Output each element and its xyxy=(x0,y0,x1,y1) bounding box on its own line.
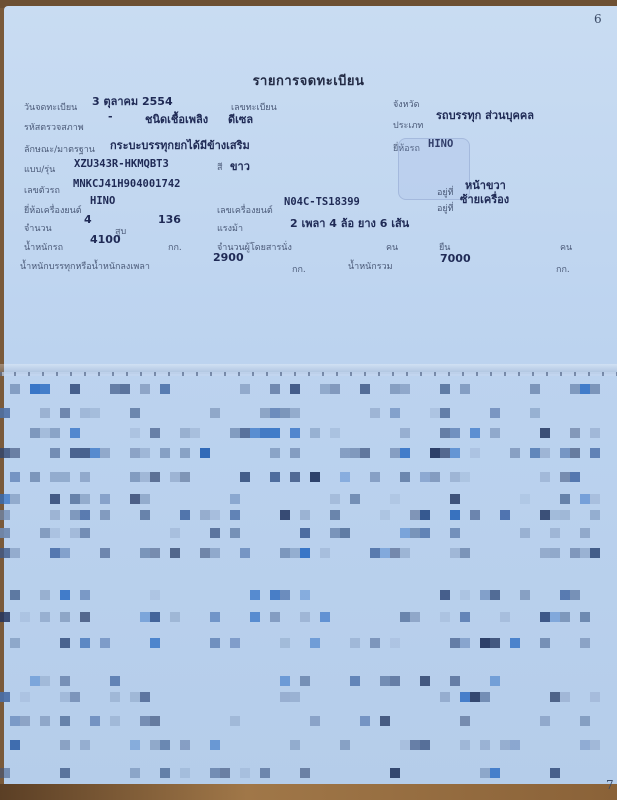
chassis-number-label: เลขตัวรถ xyxy=(24,183,60,197)
mosaic-block xyxy=(80,494,90,504)
characteristic-label: ลักษณะ/มาตรฐาน xyxy=(24,142,95,156)
mosaic-block xyxy=(210,740,220,750)
mosaic-block xyxy=(450,638,460,648)
mosaic-block xyxy=(570,448,580,458)
mosaic-block xyxy=(30,676,40,686)
mosaic-block xyxy=(0,768,10,778)
mosaic-block xyxy=(550,510,560,520)
engine-location: ซ้ายเครื่อง xyxy=(460,190,509,208)
vehicle-weight-unit: กก. xyxy=(168,240,182,254)
mosaic-block xyxy=(60,768,70,778)
mosaic-block xyxy=(310,638,320,648)
mosaic-block xyxy=(560,612,570,622)
mosaic-block xyxy=(240,768,250,778)
mosaic-block xyxy=(290,384,300,394)
mosaic-block xyxy=(350,638,360,648)
mosaic-block xyxy=(470,692,480,702)
mosaic-block xyxy=(110,716,120,726)
mosaic-block xyxy=(50,494,60,504)
mosaic-block xyxy=(60,692,70,702)
mosaic-block xyxy=(170,472,180,482)
mosaic-block xyxy=(400,428,410,438)
mosaic-block xyxy=(210,548,220,558)
mosaic-block xyxy=(140,612,150,622)
mosaic-block xyxy=(380,548,390,558)
mosaic-block xyxy=(510,740,520,750)
mosaic-block xyxy=(580,638,590,648)
mosaic-block xyxy=(60,548,70,558)
characteristic: กระบะบรรทุกยกได้มีข้างเสริม xyxy=(110,136,250,154)
mosaic-block xyxy=(100,548,110,558)
mosaic-block xyxy=(400,472,410,482)
mosaic-block xyxy=(80,612,90,622)
mosaic-block xyxy=(10,384,20,394)
vehicle-weight-label: น้ำหนักรถ xyxy=(24,240,63,254)
mosaic-block xyxy=(50,472,60,482)
mosaic-block xyxy=(360,384,370,394)
mosaic-block xyxy=(560,494,570,504)
mosaic-block xyxy=(360,716,370,726)
mosaic-block xyxy=(440,692,450,702)
mosaic-block xyxy=(140,716,150,726)
cylinders: 4 xyxy=(84,213,92,226)
mosaic-block xyxy=(370,408,380,418)
mosaic-block xyxy=(210,768,220,778)
mosaic-block xyxy=(430,408,440,418)
mosaic-block xyxy=(500,612,510,622)
mosaic-block xyxy=(160,384,170,394)
mosaic-block xyxy=(370,638,380,648)
mosaic-block xyxy=(590,510,600,520)
mosaic-block xyxy=(390,494,400,504)
mosaic-block xyxy=(290,408,300,418)
mosaic-block xyxy=(440,428,450,438)
horsepower-label: แรงม้า xyxy=(217,221,243,235)
mosaic-block xyxy=(280,510,290,520)
mosaic-block xyxy=(390,448,400,458)
mosaic-block xyxy=(60,408,70,418)
mosaic-block xyxy=(460,472,470,482)
mosaic-block xyxy=(130,428,140,438)
mosaic-block xyxy=(70,528,80,538)
mosaic-block xyxy=(210,638,220,648)
mosaic-block xyxy=(400,448,410,458)
mosaic-block xyxy=(140,510,150,520)
mosaic-block xyxy=(530,448,540,458)
mosaic-block xyxy=(140,548,150,558)
mosaic-block xyxy=(260,408,270,418)
mosaic-block xyxy=(410,528,420,538)
mosaic-block xyxy=(110,676,120,686)
mosaic-block xyxy=(120,384,130,394)
mosaic-block xyxy=(400,384,410,394)
mosaic-block xyxy=(40,612,50,622)
mosaic-block xyxy=(430,472,440,482)
payload: 2900 xyxy=(213,251,244,264)
mosaic-block xyxy=(200,548,210,558)
mosaic-block xyxy=(230,494,240,504)
model-label: แบบ/รุ่น xyxy=(24,162,55,176)
mosaic-block xyxy=(230,428,240,438)
mosaic-block xyxy=(10,590,20,600)
mosaic-block xyxy=(140,472,150,482)
mosaic-block xyxy=(410,612,420,622)
mosaic-block xyxy=(470,448,480,458)
mosaic-block xyxy=(480,590,490,600)
province-label: จังหวัด xyxy=(393,97,420,111)
mosaic-block xyxy=(110,384,120,394)
mosaic-block xyxy=(450,548,460,558)
mosaic-block xyxy=(560,448,570,458)
mosaic-block xyxy=(450,448,460,458)
mosaic-block xyxy=(40,716,50,726)
mosaic-block xyxy=(150,740,160,750)
mosaic-block xyxy=(450,494,460,504)
mosaic-block xyxy=(100,638,110,648)
mosaic-block xyxy=(390,768,400,778)
mosaic-block xyxy=(420,510,430,520)
mosaic-block xyxy=(290,448,300,458)
mosaic-block xyxy=(480,638,490,648)
payload-unit: กก. xyxy=(292,262,306,276)
mosaic-block xyxy=(350,448,360,458)
mosaic-block xyxy=(180,510,190,520)
mosaic-block xyxy=(150,428,160,438)
mosaic-block xyxy=(430,448,440,458)
mosaic-block xyxy=(130,740,140,750)
mosaic-block xyxy=(540,638,550,648)
mosaic-block xyxy=(310,716,320,726)
mosaic-block xyxy=(180,768,190,778)
mosaic-block xyxy=(60,638,70,648)
mosaic-block xyxy=(520,494,530,504)
mosaic-block xyxy=(270,448,280,458)
mosaic-block xyxy=(590,692,600,702)
mosaic-block xyxy=(80,510,90,520)
mosaic-block xyxy=(340,448,350,458)
mosaic-block xyxy=(580,548,590,558)
mosaic-block xyxy=(70,448,80,458)
mosaic-block xyxy=(380,716,390,726)
horsepower: 136 xyxy=(158,213,181,226)
mosaic-block xyxy=(300,768,310,778)
page-number-top: 6 xyxy=(594,12,602,26)
mosaic-block xyxy=(330,384,340,394)
mosaic-block xyxy=(570,472,580,482)
mosaic-block xyxy=(490,590,500,600)
mosaic-block xyxy=(580,612,590,622)
mosaic-block xyxy=(50,510,60,520)
mosaic-block xyxy=(560,472,570,482)
mosaic-block xyxy=(370,548,380,558)
mosaic-block xyxy=(30,472,40,482)
mosaic-block xyxy=(460,692,470,702)
mosaic-block xyxy=(460,384,470,394)
mosaic-block xyxy=(290,548,300,558)
mosaic-block xyxy=(150,590,160,600)
mosaic-block xyxy=(450,510,460,520)
mosaic-block xyxy=(150,548,160,558)
mosaic-block xyxy=(270,472,280,482)
mosaic-block xyxy=(540,448,550,458)
mosaic-block xyxy=(60,740,70,750)
mosaic-block xyxy=(60,590,70,600)
mosaic-block xyxy=(300,590,310,600)
mosaic-block xyxy=(230,510,240,520)
mosaic-block xyxy=(280,676,290,686)
mosaic-block xyxy=(250,428,260,438)
mosaic-block xyxy=(420,472,430,482)
mosaic-block xyxy=(340,528,350,538)
mosaic-block xyxy=(70,494,80,504)
mosaic-block xyxy=(50,428,60,438)
mosaic-block xyxy=(60,676,70,686)
mosaic-block xyxy=(510,448,520,458)
mosaic-block xyxy=(250,612,260,622)
inspection-code: - xyxy=(108,110,113,123)
mosaic-block xyxy=(340,472,350,482)
mosaic-block xyxy=(230,528,240,538)
mosaic-block xyxy=(140,692,150,702)
mosaic-block xyxy=(0,612,10,622)
mosaic-block xyxy=(40,428,50,438)
mosaic-block xyxy=(40,528,50,538)
mosaic-block xyxy=(170,548,180,558)
mosaic-block xyxy=(540,428,550,438)
mosaic-block xyxy=(240,384,250,394)
mosaic-block xyxy=(80,638,90,648)
mosaic-block xyxy=(180,472,190,482)
mosaic-block xyxy=(400,548,410,558)
mosaic-block xyxy=(130,408,140,418)
mosaic-block xyxy=(580,716,590,726)
mosaic-block xyxy=(290,472,300,482)
page-number-bottom: 7 xyxy=(606,778,614,792)
mosaic-block xyxy=(420,740,430,750)
axles-wheels: 2 เพลา 4 ล้อ ยาง 6 เส้น xyxy=(290,214,409,232)
mosaic-block xyxy=(210,510,220,520)
mosaic-block xyxy=(70,692,80,702)
mosaic-block xyxy=(10,494,20,504)
engine-brand-label: ยี่ห้อเครื่องยนต์ xyxy=(24,203,82,217)
mosaic-block xyxy=(180,428,190,438)
mosaic-block xyxy=(250,590,260,600)
vehicle-weight: 4100 xyxy=(90,233,121,246)
mosaic-block xyxy=(210,612,220,622)
mosaic-block xyxy=(170,612,180,622)
mosaic-block xyxy=(10,638,20,648)
mosaic-block xyxy=(10,472,20,482)
mosaic-block xyxy=(300,528,310,538)
mosaic-block xyxy=(480,768,490,778)
mosaic-block xyxy=(270,384,280,394)
mosaic-block xyxy=(410,740,420,750)
mosaic-block xyxy=(550,612,560,622)
mosaic-block xyxy=(150,612,160,622)
mosaic-block xyxy=(480,740,490,750)
mosaic-block xyxy=(50,548,60,558)
mosaic-block xyxy=(220,768,230,778)
mosaic-block xyxy=(450,676,460,686)
mosaic-block xyxy=(460,716,470,726)
mosaic-block xyxy=(80,528,90,538)
engine-location-label: อยู่ที่ xyxy=(437,201,454,215)
mosaic-block xyxy=(270,590,280,600)
mosaic-block xyxy=(260,768,270,778)
mosaic-block xyxy=(560,590,570,600)
mosaic-block xyxy=(290,740,300,750)
mosaic-block xyxy=(570,428,580,438)
mosaic-block xyxy=(390,638,400,648)
mosaic-block xyxy=(500,740,510,750)
chassis-number: MNKCJ41H904001742 xyxy=(73,178,180,190)
mosaic-block xyxy=(440,590,450,600)
gross-weight: 7000 xyxy=(440,252,471,265)
mosaic-block xyxy=(320,612,330,622)
mosaic-block xyxy=(520,590,530,600)
mosaic-block xyxy=(480,692,490,702)
mosaic-block xyxy=(490,428,500,438)
mosaic-block xyxy=(290,692,300,702)
mosaic-block xyxy=(70,384,80,394)
mosaic-block xyxy=(390,548,400,558)
mosaic-block xyxy=(310,472,320,482)
mosaic-block xyxy=(200,510,210,520)
mosaic-block xyxy=(10,548,20,558)
mosaic-block xyxy=(470,428,480,438)
mosaic-block xyxy=(100,494,110,504)
mosaic-block xyxy=(60,612,70,622)
redacted-section xyxy=(0,376,617,784)
mosaic-block xyxy=(80,740,90,750)
mosaic-block xyxy=(300,676,310,686)
mosaic-block xyxy=(400,740,410,750)
mosaic-block xyxy=(500,510,510,520)
mosaic-block xyxy=(390,676,400,686)
mosaic-block xyxy=(460,740,470,750)
mosaic-block xyxy=(580,494,590,504)
mosaic-block xyxy=(460,638,470,648)
mosaic-block xyxy=(60,716,70,726)
vehicle-type-label: ประเภท xyxy=(393,118,423,132)
mosaic-block xyxy=(230,716,240,726)
mosaic-block xyxy=(320,384,330,394)
mosaic-block xyxy=(130,768,140,778)
mosaic-block xyxy=(180,448,190,458)
mosaic-block xyxy=(310,428,320,438)
mosaic-block xyxy=(440,612,450,622)
mosaic-block xyxy=(460,590,470,600)
mosaic-block xyxy=(90,448,100,458)
fuel-type-label: ชนิดเชื้อเพลิง xyxy=(145,110,208,128)
mosaic-block xyxy=(20,612,30,622)
mosaic-block xyxy=(270,612,280,622)
mosaic-block xyxy=(440,384,450,394)
mosaic-block xyxy=(300,548,310,558)
mosaic-block xyxy=(240,472,250,482)
table-surface xyxy=(0,784,617,800)
mosaic-block xyxy=(160,740,170,750)
mosaic-block xyxy=(490,638,500,648)
mosaic-block xyxy=(130,448,140,458)
mosaic-block xyxy=(360,448,370,458)
mosaic-block xyxy=(550,548,560,558)
color-label: สี xyxy=(217,160,223,174)
mosaic-block xyxy=(90,408,100,418)
mosaic-block xyxy=(590,428,600,438)
fuel-type: ดีเซล xyxy=(228,110,253,128)
mosaic-block xyxy=(60,472,70,482)
mosaic-block xyxy=(230,638,240,648)
mosaic-block xyxy=(540,716,550,726)
mosaic-block xyxy=(70,428,80,438)
mosaic-block xyxy=(130,692,140,702)
mosaic-block xyxy=(20,716,30,726)
mosaic-block xyxy=(150,638,160,648)
registration-date: 3 ตุลาคม 2554 xyxy=(92,92,173,110)
mosaic-block xyxy=(560,692,570,702)
mosaic-block xyxy=(420,676,430,686)
mosaic-block xyxy=(40,676,50,686)
mosaic-block xyxy=(40,408,50,418)
registration-date-label: วันจดทะเบียน xyxy=(24,100,77,114)
mosaic-block xyxy=(280,548,290,558)
mosaic-block xyxy=(330,510,340,520)
mosaic-block xyxy=(130,494,140,504)
mosaic-block xyxy=(280,590,290,600)
mosaic-block xyxy=(580,740,590,750)
mosaic-block xyxy=(140,448,150,458)
mosaic-block xyxy=(570,590,580,600)
mosaic-block xyxy=(400,612,410,622)
mosaic-block xyxy=(50,448,60,458)
mosaic-block xyxy=(100,448,110,458)
mosaic-block xyxy=(550,768,560,778)
mosaic-block xyxy=(80,590,90,600)
mosaic-block xyxy=(580,528,590,538)
mosaic-block xyxy=(0,494,10,504)
mosaic-block xyxy=(130,472,140,482)
mosaic-block xyxy=(490,768,500,778)
mosaic-block xyxy=(260,428,270,438)
mosaic-block xyxy=(160,768,170,778)
mosaic-block xyxy=(590,548,600,558)
inspection-code-label: รหัสตรวจสภาพ xyxy=(24,120,84,134)
mosaic-block xyxy=(550,528,560,538)
mosaic-block xyxy=(380,676,390,686)
mosaic-block xyxy=(70,510,80,520)
mosaic-block xyxy=(0,510,10,520)
mosaic-block xyxy=(330,428,340,438)
mosaic-block xyxy=(590,384,600,394)
mosaic-block xyxy=(320,548,330,558)
mosaic-block xyxy=(460,612,470,622)
mosaic-block xyxy=(240,548,250,558)
mosaic-block xyxy=(330,528,340,538)
mosaic-block xyxy=(0,408,10,418)
mosaic-block xyxy=(160,448,170,458)
payload-label: น้ำหนักบรรทุกหรือน้ำหนักลงเพลา xyxy=(20,259,150,273)
mosaic-block xyxy=(470,510,480,520)
mosaic-block xyxy=(280,638,290,648)
engine-number: N04C-TS18399 xyxy=(284,196,360,208)
mosaic-block xyxy=(30,384,40,394)
seated-person-unit: คน xyxy=(386,240,398,254)
mosaic-block xyxy=(550,692,560,702)
mosaic-block xyxy=(540,548,550,558)
mosaic-block xyxy=(450,428,460,438)
vehicle-type: รถบรรทุก ส่วนบุคคล xyxy=(436,106,534,124)
